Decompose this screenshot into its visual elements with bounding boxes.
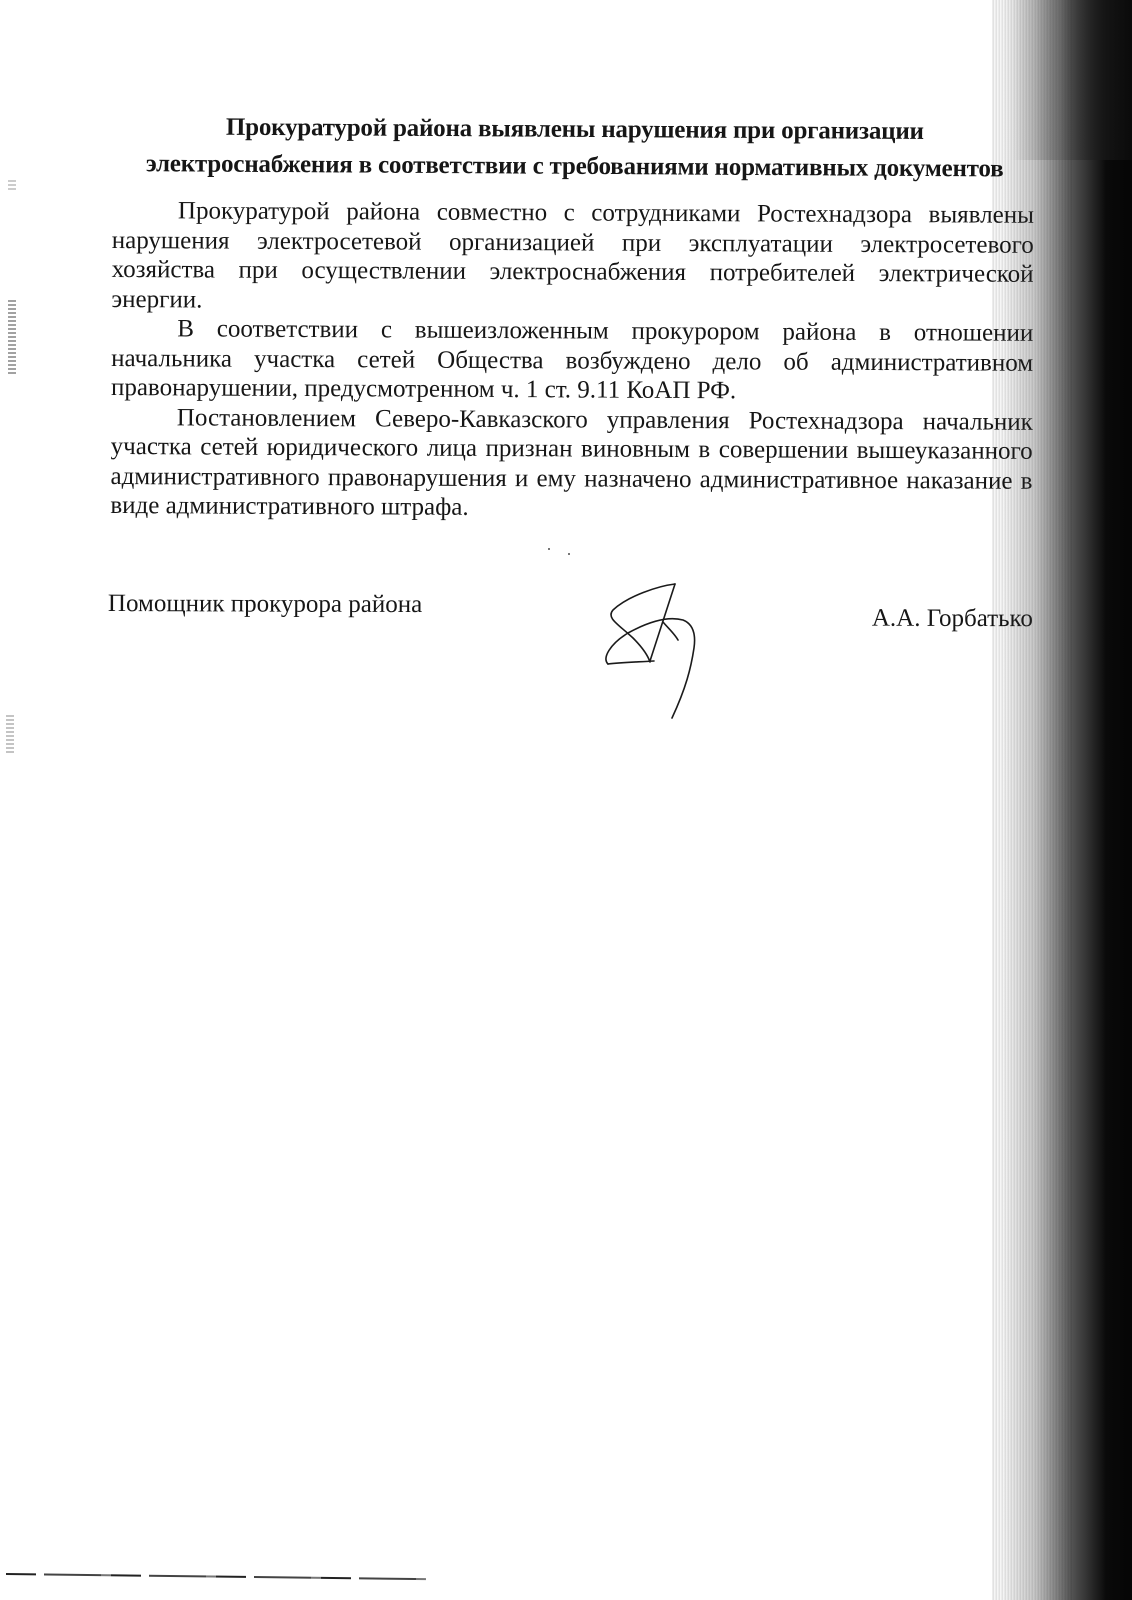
document-body: Прокуратурой района совместно с сотрудни… (110, 196, 1034, 525)
paragraph-1: Прокуратурой района совместно с сотрудни… (111, 196, 1034, 319)
paragraph-2: В соответствии с вышеизложенным прокурор… (111, 314, 1033, 407)
paragraph-3: Постановлением Северо-Кавказского управл… (110, 402, 1033, 525)
scan-artifact-mark (6, 715, 14, 755)
scan-artifact-dot (548, 548, 550, 550)
signature-block: Помощник прокурора района А.А. Горбатько (108, 590, 1033, 633)
title-line-2: электроснабжения в соответствии с требов… (110, 145, 1040, 188)
signatory-position: Помощник прокурора района (108, 590, 422, 619)
title-line-1: Прокуратурой района выявлены нарушения п… (110, 108, 1040, 151)
signatory-name: А.А. Горбатько (872, 605, 1033, 634)
document-title: Прокуратурой района выявлены нарушения п… (110, 108, 1040, 188)
handwritten-signature-icon (598, 578, 738, 723)
scan-artifact-mark (8, 300, 16, 375)
scan-artifact-mark (8, 180, 16, 192)
scan-artifact-dot (568, 553, 570, 555)
scanner-dark-edge-top (1012, 0, 1132, 160)
bottom-rule (6, 1573, 426, 1580)
scanned-document-page: Прокуратурой района выявлены нарушения п… (0, 0, 1132, 1600)
